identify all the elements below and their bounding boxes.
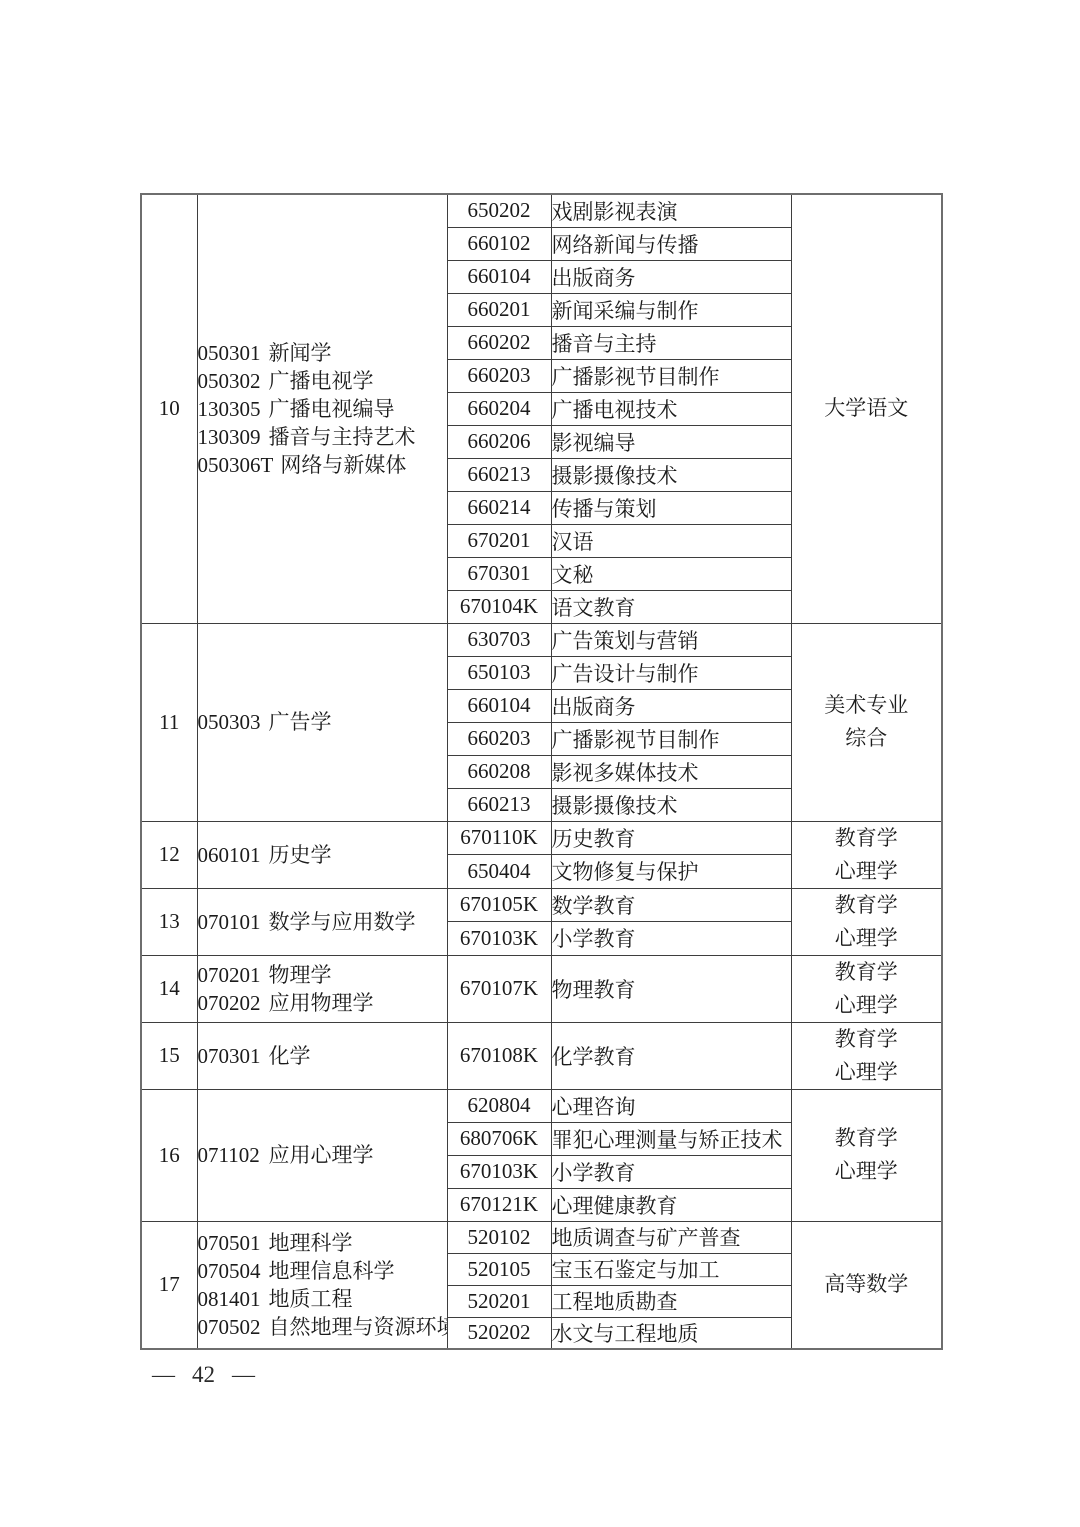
table-row: 10050301新闻学050302广播电视学130305广播电视编导130309… bbox=[141, 194, 942, 227]
associate-major-name-cell: 播音与主持 bbox=[551, 326, 791, 359]
associate-major-code-cell: 520202 bbox=[447, 1317, 551, 1349]
associate-major-name-cell: 小学教育 bbox=[551, 922, 791, 956]
associate-major-name-cell: 传播与策划 bbox=[551, 491, 791, 524]
associate-major-code-cell: 670201 bbox=[447, 524, 551, 557]
undergraduate-major-code: 070501 bbox=[198, 1229, 262, 1257]
exam-subject-cell: 教育学心理学 bbox=[791, 821, 942, 888]
associate-major-name-cell: 语文教育 bbox=[551, 590, 791, 623]
exam-subject-cell: 教育学心理学 bbox=[791, 888, 942, 955]
undergraduate-major-line: 070201物理学 bbox=[198, 961, 447, 989]
associate-major-name-cell: 水文与工程地质 bbox=[551, 1317, 791, 1349]
undergraduate-majors-cell: 060101历史学 bbox=[197, 821, 447, 888]
associate-major-name-cell: 数学教育 bbox=[551, 888, 791, 922]
associate-major-code-cell: 650404 bbox=[447, 855, 551, 889]
undergraduate-major-name: 应用心理学 bbox=[269, 1143, 374, 1167]
page-footer: — 42 — bbox=[152, 1362, 255, 1388]
associate-major-name-cell: 影视编导 bbox=[551, 425, 791, 458]
exam-subject-line: 心理学 bbox=[792, 922, 942, 955]
undergraduate-major-line: 130309播音与主持艺术 bbox=[198, 423, 447, 451]
exam-subject-cell: 大学语文 bbox=[791, 194, 942, 623]
undergraduate-majors-cell: 070501地理科学070504地理信息科学081401地质工程070502自然… bbox=[197, 1221, 447, 1349]
associate-major-name-cell: 广告设计与制作 bbox=[551, 656, 791, 689]
table-row: 16071102应用心理学620804心理咨询教育学心理学 bbox=[141, 1089, 942, 1122]
associate-major-name-cell: 广播电视技术 bbox=[551, 392, 791, 425]
undergraduate-major-name: 地理信息科学 bbox=[269, 1259, 395, 1283]
associate-major-name-cell: 广播影视节目制作 bbox=[551, 359, 791, 392]
undergraduate-major-name: 网络与新媒体 bbox=[280, 453, 406, 477]
associate-major-code-cell: 680706K bbox=[447, 1122, 551, 1155]
undergraduate-major-name: 播音与主持艺术 bbox=[269, 425, 416, 449]
associate-major-name-cell: 出版商务 bbox=[551, 260, 791, 293]
undergraduate-major-name: 广播电视学 bbox=[269, 369, 374, 393]
exam-subject-line: 美术专业 bbox=[792, 689, 942, 722]
associate-major-name-cell: 文秘 bbox=[551, 557, 791, 590]
associate-major-name-cell: 新闻采编与制作 bbox=[551, 293, 791, 326]
group-seq-cell: 17 bbox=[141, 1221, 197, 1349]
table-body: 10050301新闻学050302广播电视学130305广播电视编导130309… bbox=[141, 194, 942, 1349]
associate-major-code-cell: 650202 bbox=[447, 194, 551, 227]
undergraduate-majors-cell: 050301新闻学050302广播电视学130305广播电视编导130309播音… bbox=[197, 194, 447, 623]
undergraduate-major-code: 050302 bbox=[198, 367, 262, 395]
undergraduate-majors-cell: 071102应用心理学 bbox=[197, 1089, 447, 1221]
undergraduate-major-name: 自然地理与资源环境 bbox=[269, 1315, 448, 1339]
exam-subject-cell: 教育学心理学 bbox=[791, 955, 942, 1022]
associate-major-name-cell: 物理教育 bbox=[551, 955, 791, 1022]
group-seq-cell: 10 bbox=[141, 194, 197, 623]
associate-major-code-cell: 660104 bbox=[447, 260, 551, 293]
exam-subject-line: 高等数学 bbox=[792, 1268, 942, 1301]
exam-subject-line: 教育学 bbox=[792, 1122, 942, 1155]
table-row: 14070201物理学070202应用物理学670107K物理教育教育学心理学 bbox=[141, 955, 942, 1022]
associate-major-name-cell: 文物修复与保护 bbox=[551, 855, 791, 889]
associate-major-name-cell: 影视多媒体技术 bbox=[551, 755, 791, 788]
associate-major-code-cell: 670110K bbox=[447, 821, 551, 855]
exam-subject-line: 心理学 bbox=[792, 1155, 942, 1188]
associate-major-code-cell: 670105K bbox=[447, 888, 551, 922]
associate-major-name-cell: 广播影视节目制作 bbox=[551, 722, 791, 755]
exam-subject-line: 教育学 bbox=[792, 956, 942, 989]
undergraduate-major-line: 070501地理科学 bbox=[198, 1229, 447, 1257]
associate-major-code-cell: 670104K bbox=[447, 590, 551, 623]
associate-major-code-cell: 670107K bbox=[447, 955, 551, 1022]
undergraduate-major-code: 130309 bbox=[198, 423, 262, 451]
associate-major-code-cell: 660203 bbox=[447, 722, 551, 755]
undergraduate-major-name: 应用物理学 bbox=[269, 991, 374, 1015]
associate-major-code-cell: 660213 bbox=[447, 788, 551, 821]
table-row: 13070101数学与应用数学670105K数学教育教育学心理学 bbox=[141, 888, 942, 922]
exam-subject-line: 心理学 bbox=[792, 855, 942, 888]
associate-major-name-cell: 广告策划与营销 bbox=[551, 623, 791, 656]
undergraduate-major-code: 070301 bbox=[198, 1042, 262, 1070]
group-seq-cell: 16 bbox=[141, 1089, 197, 1221]
undergraduate-majors-cell: 070101数学与应用数学 bbox=[197, 888, 447, 955]
undergraduate-majors-cell: 070301化学 bbox=[197, 1022, 447, 1089]
group-seq-cell: 11 bbox=[141, 623, 197, 821]
exam-subject-cell: 高等数学 bbox=[791, 1221, 942, 1349]
associate-major-code-cell: 650103 bbox=[447, 656, 551, 689]
associate-major-code-cell: 670108K bbox=[447, 1022, 551, 1089]
exam-subject-cell: 美术专业综合 bbox=[791, 623, 942, 821]
undergraduate-major-line: 060101历史学 bbox=[198, 841, 447, 869]
exam-subject-line: 综合 bbox=[792, 722, 942, 755]
undergraduate-major-name: 新闻学 bbox=[269, 341, 332, 365]
undergraduate-major-line: 070202应用物理学 bbox=[198, 989, 447, 1017]
undergraduate-major-code: 050303 bbox=[198, 708, 262, 736]
associate-major-name-cell: 历史教育 bbox=[551, 821, 791, 855]
associate-major-code-cell: 670103K bbox=[447, 922, 551, 956]
undergraduate-major-line: 050303广告学 bbox=[198, 708, 447, 736]
exam-subject-line: 教育学 bbox=[792, 1023, 942, 1056]
associate-major-code-cell: 660102 bbox=[447, 227, 551, 260]
associate-major-code-cell: 670103K bbox=[447, 1155, 551, 1188]
undergraduate-major-code: 050301 bbox=[198, 339, 262, 367]
undergraduate-major-code: 070201 bbox=[198, 961, 262, 989]
associate-major-code-cell: 520201 bbox=[447, 1285, 551, 1317]
associate-major-name-cell: 网络新闻与传播 bbox=[551, 227, 791, 260]
undergraduate-major-code: 070502 bbox=[198, 1313, 262, 1341]
undergraduate-major-name: 地质工程 bbox=[269, 1287, 353, 1311]
undergraduate-major-name: 广播电视编导 bbox=[269, 397, 395, 421]
footer-left-dash: — bbox=[152, 1362, 175, 1388]
undergraduate-major-code: 130305 bbox=[198, 395, 262, 423]
undergraduate-majors-cell: 050303广告学 bbox=[197, 623, 447, 821]
associate-major-name-cell: 摄影摄像技术 bbox=[551, 458, 791, 491]
associate-major-name-cell: 工程地质勘查 bbox=[551, 1285, 791, 1317]
undergraduate-major-line: 050306T网络与新媒体 bbox=[198, 451, 447, 479]
associate-major-name-cell: 罪犯心理测量与矫正技术 bbox=[551, 1122, 791, 1155]
undergraduate-major-code: 070202 bbox=[198, 989, 262, 1017]
exam-subject-line: 心理学 bbox=[792, 1056, 942, 1089]
undergraduate-major-name: 历史学 bbox=[269, 843, 332, 867]
group-seq-cell: 15 bbox=[141, 1022, 197, 1089]
undergraduate-major-code: 081401 bbox=[198, 1285, 262, 1313]
group-seq-cell: 13 bbox=[141, 888, 197, 955]
undergraduate-major-line: 050301新闻学 bbox=[198, 339, 447, 367]
associate-major-code-cell: 660204 bbox=[447, 392, 551, 425]
undergraduate-major-code: 060101 bbox=[198, 841, 262, 869]
associate-major-code-cell: 660201 bbox=[447, 293, 551, 326]
associate-major-code-cell: 660213 bbox=[447, 458, 551, 491]
table-row: 12060101历史学670110K历史教育教育学心理学 bbox=[141, 821, 942, 855]
associate-major-code-cell: 670121K bbox=[447, 1188, 551, 1221]
undergraduate-major-code: 070504 bbox=[198, 1257, 262, 1285]
undergraduate-major-line: 070502自然地理与资源环境 bbox=[198, 1313, 447, 1341]
page-number: 42 bbox=[192, 1362, 215, 1388]
associate-major-code-cell: 660208 bbox=[447, 755, 551, 788]
undergraduate-major-line: 070504地理信息科学 bbox=[198, 1257, 447, 1285]
associate-major-name-cell: 出版商务 bbox=[551, 689, 791, 722]
undergraduate-major-name: 物理学 bbox=[269, 963, 332, 987]
associate-major-name-cell: 摄影摄像技术 bbox=[551, 788, 791, 821]
associate-major-code-cell: 660203 bbox=[447, 359, 551, 392]
undergraduate-major-name: 广告学 bbox=[269, 710, 332, 734]
group-seq-cell: 14 bbox=[141, 955, 197, 1022]
group-seq-cell: 12 bbox=[141, 821, 197, 888]
associate-major-name-cell: 汉语 bbox=[551, 524, 791, 557]
associate-major-code-cell: 630703 bbox=[447, 623, 551, 656]
undergraduate-majors-cell: 070201物理学070202应用物理学 bbox=[197, 955, 447, 1022]
undergraduate-major-name: 地理科学 bbox=[269, 1231, 353, 1255]
associate-major-code-cell: 660202 bbox=[447, 326, 551, 359]
exam-subject-cell: 教育学心理学 bbox=[791, 1089, 942, 1221]
associate-major-name-cell: 心理健康教育 bbox=[551, 1188, 791, 1221]
major-exam-mapping-table: 10050301新闻学050302广播电视学130305广播电视编导130309… bbox=[140, 193, 943, 1350]
associate-major-code-cell: 670301 bbox=[447, 557, 551, 590]
exam-subject-cell: 教育学心理学 bbox=[791, 1022, 942, 1089]
associate-major-code-cell: 660214 bbox=[447, 491, 551, 524]
exam-subject-line: 大学语文 bbox=[792, 392, 942, 425]
associate-major-code-cell: 520102 bbox=[447, 1221, 551, 1253]
table-row: 17070501地理科学070504地理信息科学081401地质工程070502… bbox=[141, 1221, 942, 1253]
table-row: 11050303广告学630703广告策划与营销美术专业综合 bbox=[141, 623, 942, 656]
table-row: 15070301化学670108K化学教育教育学心理学 bbox=[141, 1022, 942, 1089]
undergraduate-major-line: 050302广播电视学 bbox=[198, 367, 447, 395]
associate-major-code-cell: 520105 bbox=[447, 1253, 551, 1285]
undergraduate-major-code: 070101 bbox=[198, 908, 262, 936]
undergraduate-major-code: 050306T bbox=[198, 451, 274, 479]
associate-major-name-cell: 化学教育 bbox=[551, 1022, 791, 1089]
associate-major-name-cell: 戏剧影视表演 bbox=[551, 194, 791, 227]
associate-major-name-cell: 心理咨询 bbox=[551, 1089, 791, 1122]
associate-major-name-cell: 宝玉石鉴定与加工 bbox=[551, 1253, 791, 1285]
exam-subject-line: 教育学 bbox=[792, 822, 942, 855]
footer-right-dash: — bbox=[232, 1362, 255, 1388]
undergraduate-major-name: 化学 bbox=[269, 1044, 311, 1068]
associate-major-code-cell: 620804 bbox=[447, 1089, 551, 1122]
associate-major-name-cell: 地质调查与矿产普查 bbox=[551, 1221, 791, 1253]
undergraduate-major-line: 070101数学与应用数学 bbox=[198, 908, 447, 936]
undergraduate-major-code: 071102 bbox=[198, 1141, 262, 1169]
exam-subject-line: 心理学 bbox=[792, 989, 942, 1022]
undergraduate-major-line: 071102应用心理学 bbox=[198, 1141, 447, 1169]
associate-major-name-cell: 小学教育 bbox=[551, 1155, 791, 1188]
associate-major-code-cell: 660104 bbox=[447, 689, 551, 722]
exam-subject-line: 教育学 bbox=[792, 889, 942, 922]
document-page: 10050301新闻学050302广播电视学130305广播电视编导130309… bbox=[0, 0, 1080, 1527]
undergraduate-major-name: 数学与应用数学 bbox=[269, 910, 416, 934]
undergraduate-major-line: 081401地质工程 bbox=[198, 1285, 447, 1313]
associate-major-code-cell: 660206 bbox=[447, 425, 551, 458]
undergraduate-major-line: 130305广播电视编导 bbox=[198, 395, 447, 423]
undergraduate-major-line: 070301化学 bbox=[198, 1042, 447, 1070]
